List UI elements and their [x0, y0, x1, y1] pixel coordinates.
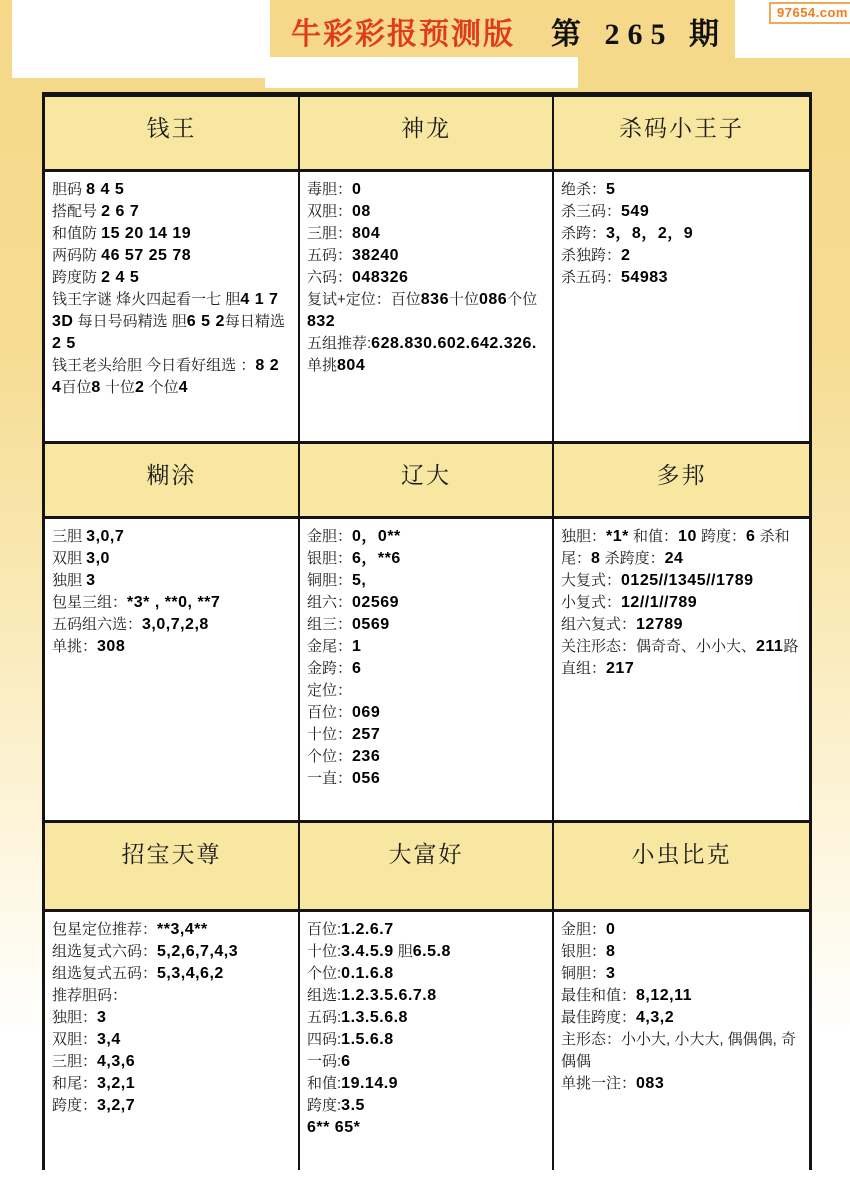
text-line: 大复式：0125//1345//1789 [561, 570, 803, 592]
prediction-label: 百位： [307, 704, 352, 721]
prediction-value: 1.2.3.5.6.7.8 [341, 987, 436, 1004]
text-line: 金尾：1 [307, 636, 546, 658]
prediction-value: 6** 65* [307, 1119, 360, 1136]
prediction-label: 一码: [307, 1053, 341, 1070]
prediction-value: 6 5 2 [187, 313, 225, 330]
prediction-value: 1.5.6.8 [341, 1031, 393, 1048]
text-line: 绝杀：5 [561, 179, 803, 201]
prediction-label: 跨度防 [52, 269, 101, 286]
section-content-duobang: 独胆：*1* 和值：10 跨度：6 杀和尾：8 杀跨度：24大复式：0125//… [554, 516, 809, 820]
prediction-value: 308 [97, 638, 125, 655]
text-line: 和值防 15 20 14 19 [52, 223, 292, 245]
section-content-xiaochongbike: 金胆：0银胆：8铜胆：3最佳和值：8,12,11最佳跨度：4,3,2主形态：小小… [554, 909, 809, 1170]
text-line: 铜胆：3 [561, 963, 803, 985]
prediction-value: 836 [421, 291, 449, 308]
text-line: 金胆：0 [561, 919, 803, 941]
text-line: 复试+定位：百位836十位086个位832 [307, 289, 546, 333]
prediction-value: 2 6 7 [101, 203, 139, 220]
prediction-value: **3,4** [157, 921, 208, 938]
section-content-hutu: 三胆 3,0,7双胆 3,0独胆 3包星三组：*3* , **0, **7五码组… [45, 516, 300, 820]
prediction-value: 1.2.6.7 [341, 921, 393, 938]
prediction-label: 银胆： [561, 943, 606, 960]
prediction-value: *3* , **0, **7 [127, 594, 220, 611]
text-line: 六码：048326 [307, 267, 546, 289]
text-line: 直组：217 [561, 658, 803, 680]
prediction-value: 24 [665, 550, 684, 567]
prediction-label: 两码防 [52, 247, 101, 264]
prediction-label: 个位 [144, 379, 178, 396]
text-line: 主形态：小小大, 小大大, 偶偶偶, 奇偶偶 [561, 1029, 803, 1073]
prediction-label: 一直： [307, 770, 352, 787]
section-header-hutu: 糊涂 [45, 441, 300, 516]
prediction-value: 3.5 [341, 1097, 365, 1114]
prediction-label: 主形态：小小大, 小大大, 偶偶偶, 奇偶偶 [561, 1031, 796, 1070]
prediction-label: 组六： [307, 594, 352, 611]
text-line: 三胆 3,0,7 [52, 526, 292, 548]
section-content-zhaobaotianzun: 包星定位推荐：**3,4**组选复式六码：5,2,6,7,4,3组选复式五码：5… [45, 909, 300, 1170]
text-line: 和值:19.14.9 [307, 1073, 546, 1095]
text-line: 十位：257 [307, 724, 546, 746]
prediction-value: 6 [352, 660, 361, 677]
prediction-label: 百位 [61, 379, 91, 396]
text-line: 杀独跨：2 [561, 245, 803, 267]
prediction-label: 四码: [307, 1031, 341, 1048]
prediction-label: 五码组六选： [52, 616, 142, 633]
text-line: 推荐胆码： [52, 985, 292, 1007]
prediction-label: 包星三组： [52, 594, 127, 611]
section-header-dafuhao: 大富好 [300, 820, 554, 909]
section-header-liaoda: 辽大 [300, 441, 554, 516]
prediction-label: 金胆： [307, 528, 352, 545]
section-header-zhaobaotianzun: 招宝天尊 [45, 820, 300, 909]
prediction-label: 五码： [307, 247, 352, 264]
text-line: 百位:1.2.6.7 [307, 919, 546, 941]
prediction-value: 3.4.5.9 [341, 943, 393, 960]
text-line: 个位:0.1.6.8 [307, 963, 546, 985]
prediction-value: 15 20 14 19 [101, 225, 191, 242]
text-line: 胆码 8 4 5 [52, 179, 292, 201]
section-header-qianwang: 钱王 [45, 97, 300, 169]
prediction-value: 257 [352, 726, 380, 743]
text-line: 包星三组：*3* , **0, **7 [52, 592, 292, 614]
text-line: 独胆：*1* 和值：10 跨度：6 杀和尾：8 杀跨度：24 [561, 526, 803, 570]
prediction-value: 0.1.6.8 [341, 965, 393, 982]
text-line: 杀跨：3，8，2，9 [561, 223, 803, 245]
prediction-value: 8 4 5 [86, 181, 124, 198]
text-line: 跨度：3,2,7 [52, 1095, 292, 1117]
text-line: 组六：02569 [307, 592, 546, 614]
prediction-value: 6，**6 [352, 550, 401, 567]
prediction-label: 杀跨： [561, 225, 606, 242]
text-line: 两码防 46 57 25 78 [52, 245, 292, 267]
prediction-label: 包星定位推荐： [52, 921, 157, 938]
prediction-label: 杀独跨： [561, 247, 621, 264]
text-line: 最佳跨度：4,3,2 [561, 1007, 803, 1029]
prediction-label: 组六复式： [561, 616, 636, 633]
prediction-value: 46 57 25 78 [101, 247, 191, 264]
prediction-value: 3 [97, 1009, 106, 1026]
text-line: 百位：069 [307, 702, 546, 724]
prediction-value: 4,3,6 [97, 1053, 135, 1070]
prediction-label: 单挑一注： [561, 1075, 636, 1092]
prediction-value: 8,12,11 [636, 987, 692, 1004]
text-line: 杀五码：54983 [561, 267, 803, 289]
prediction-value: 1.3.5.6.8 [341, 1009, 408, 1026]
prediction-value: 0569 [352, 616, 390, 633]
prediction-value: 048326 [352, 269, 408, 286]
text-line: 毒胆：0 [307, 179, 546, 201]
prediction-label: 三胆： [52, 1053, 97, 1070]
prediction-label: 关注形态：偶奇奇、小小大、 [561, 638, 756, 655]
text-line: 组六复式：12789 [561, 614, 803, 636]
prediction-value: 6 [746, 528, 755, 545]
text-line: 3D 每日号码精选 胆6 5 2每日精选 2 5 [52, 311, 292, 355]
prediction-label: 独胆： [52, 1009, 97, 1026]
prediction-label: 和尾： [52, 1075, 97, 1092]
text-line: 双胆：08 [307, 201, 546, 223]
prediction-value: 02569 [352, 594, 399, 611]
prediction-label: 毒胆： [307, 181, 352, 198]
text-line: 三胆：804 [307, 223, 546, 245]
text-line: 钱王字谜 烽火四起看一七 胆4 1 7 [52, 289, 292, 311]
text-line: 个位：236 [307, 746, 546, 768]
prediction-label: 最佳和值： [561, 987, 636, 1004]
prediction-value: 3,0,7,2,8 [142, 616, 209, 633]
text-line: 独胆 3 [52, 570, 292, 592]
section-content-qianwang: 胆码 8 4 5搭配号 2 6 7和值防 15 20 14 19两码防 46 5… [45, 169, 300, 441]
prediction-label: 和值: [307, 1075, 341, 1092]
prediction-label: 组选复式六码： [52, 943, 157, 960]
prediction-label: 三胆： [307, 225, 352, 242]
prediction-label: 单挑 [307, 357, 337, 374]
prediction-label: 绝杀： [561, 181, 606, 198]
prediction-label: 十位： [307, 726, 352, 743]
text-line: 最佳和值：8,12,11 [561, 985, 803, 1007]
prediction-value: 069 [352, 704, 380, 721]
prediction-value: 5 [606, 181, 615, 198]
prediction-value: 0125//1345//1789 [621, 572, 754, 589]
text-line: 钱王老头给胆 今日看好组选 ：8 2 4百位8 十位2 个位4 [52, 355, 292, 399]
prediction-value: 3 [86, 572, 95, 589]
prediction-label: 双胆： [307, 203, 352, 220]
prediction-label: 组选复式五码： [52, 965, 157, 982]
text-line: 跨度防 2 4 5 [52, 267, 292, 289]
prediction-value: 056 [352, 770, 380, 787]
prediction-label: 杀三码： [561, 203, 621, 220]
blank-box-top-left [12, 0, 270, 78]
prediction-label: 组三： [307, 616, 352, 633]
prediction-label: 个位： [307, 748, 352, 765]
prediction-value: 8 [591, 550, 600, 567]
text-line: 金胆：0，0** [307, 526, 546, 548]
prediction-label: 五组推荐: [307, 335, 371, 352]
prediction-value: 0 [606, 921, 615, 938]
prediction-value: 628.830.602.642.326. [371, 335, 537, 352]
prediction-label: 直组： [561, 660, 606, 677]
prediction-label: 和值： [629, 528, 678, 545]
prediction-value: 086 [479, 291, 507, 308]
prediction-value: 12789 [636, 616, 683, 633]
prediction-label: 胆码 [52, 181, 86, 198]
section-header-xiaochongbike: 小虫比克 [554, 820, 809, 909]
prediction-label: 六码： [307, 269, 352, 286]
prediction-value: 6 [341, 1053, 350, 1070]
prediction-label: 胆 [394, 943, 413, 960]
text-line: 单挑一注：083 [561, 1073, 803, 1095]
prediction-value: 8 [606, 943, 615, 960]
prediction-label: 小复式： [561, 594, 621, 611]
prediction-label: 金胆： [561, 921, 606, 938]
prediction-label: 银胆： [307, 550, 352, 567]
section-content-shenlong: 毒胆：0双胆：08三胆：804五码：38240六码：048326复试+定位：百位… [300, 169, 554, 441]
prediction-value: 804 [352, 225, 380, 242]
prediction-value: 3 [606, 965, 615, 982]
section-header-duobang: 多邦 [554, 441, 809, 516]
prediction-value: 3,2,1 [97, 1075, 135, 1092]
prediction-label: 双胆 [52, 550, 86, 567]
prediction-label: 个位 [507, 291, 537, 308]
prediction-label: 跨度： [52, 1097, 97, 1114]
prediction-value: 54983 [621, 269, 668, 286]
text-line: 银胆：8 [561, 941, 803, 963]
text-line: 双胆：3,4 [52, 1029, 292, 1051]
prediction-label: 推荐胆码： [52, 987, 127, 1004]
prediction-label: 搭配号 [52, 203, 101, 220]
prediction-value: 217 [606, 660, 634, 677]
prediction-value: 2 [135, 379, 144, 396]
prediction-label: 金跨： [307, 660, 352, 677]
text-line: 三胆：4,3,6 [52, 1051, 292, 1073]
prediction-value: *1* [606, 528, 629, 545]
section-header-shenlong: 神龙 [300, 97, 554, 169]
section-content-dafuhao: 百位:1.2.6.7十位:3.4.5.9 胆6.5.8个位:0.1.6.8组选:… [300, 909, 554, 1170]
prediction-value: 3D [52, 313, 73, 330]
prediction-value: 832 [307, 313, 335, 330]
prediction-value: 2 5 [52, 335, 76, 352]
prediction-label: 杀五码： [561, 269, 621, 286]
issue-number: 第 265 期 [551, 18, 727, 51]
prediction-value: 3,0 [86, 550, 110, 567]
prediction-value: 08 [352, 203, 371, 220]
page-title-text: 牛彩彩报预测版 [291, 18, 515, 51]
prediction-value: 5,2,6,7,4,3 [157, 943, 238, 960]
prediction-value: 3,0,7 [86, 528, 124, 545]
prediction-label: 五码: [307, 1009, 341, 1026]
text-line: 银胆：6，**6 [307, 548, 546, 570]
text-line: 组选复式五码：5,3,4,6,2 [52, 963, 292, 985]
text-line: 金跨：6 [307, 658, 546, 680]
prediction-value: 549 [621, 203, 649, 220]
text-line: 组选:1.2.3.5.6.7.8 [307, 985, 546, 1007]
text-line: 组选复式六码：5,2,6,7,4,3 [52, 941, 292, 963]
prediction-label: 最佳跨度： [561, 1009, 636, 1026]
prediction-label: 铜胆： [307, 572, 352, 589]
text-line: 跨度:3.5 [307, 1095, 546, 1117]
prediction-value: 4,3,2 [636, 1009, 674, 1026]
prediction-label: 钱王字谜 烽火四起看一七 胆 [52, 291, 240, 308]
text-line: 独胆：3 [52, 1007, 292, 1029]
text-line: 6** 65* [307, 1117, 546, 1139]
prediction-label: 钱王老头给胆 今日看好组选 ： [52, 357, 255, 374]
text-line: 和尾：3,2,1 [52, 1073, 292, 1095]
text-line: 杀三码：549 [561, 201, 803, 223]
prediction-label: 三胆 [52, 528, 86, 545]
prediction-value: 0 [352, 181, 361, 198]
prediction-label: 双胆： [52, 1031, 97, 1048]
prediction-value: 8 [91, 379, 100, 396]
prediction-value: 19.14.9 [341, 1075, 398, 1092]
text-line: 单挑：308 [52, 636, 292, 658]
text-line: 五码：38240 [307, 245, 546, 267]
prediction-table: 钱王 神龙 杀码小王子 胆码 8 4 5搭配号 2 6 7和值防 15 20 1… [42, 92, 812, 1170]
text-line: 关注形态：偶奇奇、小小大、211路 [561, 636, 803, 658]
prediction-value: 2 4 5 [101, 269, 139, 286]
prediction-value: 10 [678, 528, 697, 545]
text-line: 一码:6 [307, 1051, 546, 1073]
prediction-label: 定位： [307, 682, 352, 699]
prediction-value: 4 1 7 [240, 291, 278, 308]
text-line: 组三：0569 [307, 614, 546, 636]
prediction-label: 和值防 [52, 225, 101, 242]
text-line: 十位:3.4.5.9 胆6.5.8 [307, 941, 546, 963]
prediction-label: 大复式： [561, 572, 621, 589]
prediction-label: 十位: [307, 943, 341, 960]
prediction-label: 独胆 [52, 572, 86, 589]
prediction-label: 十位 [449, 291, 479, 308]
prediction-value: 5,3,4,6,2 [157, 965, 224, 982]
prediction-label: 每日号码精选 胆 [73, 313, 186, 330]
prediction-value: 211 [756, 638, 783, 655]
prediction-value: 0，0** [352, 528, 401, 545]
prediction-label: 百位: [307, 921, 341, 938]
prediction-label: 每日精选 [225, 313, 285, 330]
prediction-label: 十位 [101, 379, 135, 396]
prediction-value: 804 [337, 357, 365, 374]
prediction-label: 独胆： [561, 528, 606, 545]
blank-box-under-title [265, 57, 578, 88]
text-line: 五组推荐:628.830.602.642.326. [307, 333, 546, 355]
prediction-value: 5, [352, 572, 366, 589]
watermark-badge: 97654.com [769, 2, 850, 24]
prediction-label: 铜胆： [561, 965, 606, 982]
text-line: 双胆 3,0 [52, 548, 292, 570]
prediction-value: 4 [179, 379, 188, 396]
prediction-value: 12//1//789 [621, 594, 697, 611]
text-line: 小复式：12//1//789 [561, 592, 803, 614]
text-line: 五码:1.3.5.6.8 [307, 1007, 546, 1029]
prediction-value: 083 [636, 1075, 664, 1092]
prediction-value: 2 [621, 247, 630, 264]
page-title: 牛彩彩报预测版第 265 期 [291, 19, 727, 51]
prediction-value: 3，8，2，9 [606, 225, 693, 242]
text-line: 包星定位推荐：**3,4** [52, 919, 292, 941]
text-line: 单挑804 [307, 355, 546, 377]
section-content-shamaxiaowangzi: 绝杀：5杀三码：549杀跨：3，8，2，9杀独跨：2杀五码：54983 [554, 169, 809, 441]
prediction-value: 3,4 [97, 1031, 121, 1048]
prediction-value: 38240 [352, 247, 399, 264]
prediction-label: 金尾： [307, 638, 352, 655]
prediction-value: 6.5.8 [413, 943, 451, 960]
text-line: 四码:1.5.6.8 [307, 1029, 546, 1051]
text-line: 五码组六选：3,0,7,2,8 [52, 614, 292, 636]
text-line: 铜胆：5, [307, 570, 546, 592]
text-line: 一直：056 [307, 768, 546, 790]
prediction-value: 236 [352, 748, 380, 765]
prediction-label: 单挑： [52, 638, 97, 655]
prediction-label: 跨度： [697, 528, 746, 545]
prediction-label: 组选: [307, 987, 341, 1004]
prediction-value: 1 [352, 638, 361, 655]
text-line: 定位： [307, 680, 546, 702]
section-header-shamaxiaowangzi: 杀码小王子 [554, 97, 809, 169]
prediction-label: 个位: [307, 965, 341, 982]
prediction-label: 杀跨度： [600, 550, 664, 567]
text-line: 搭配号 2 6 7 [52, 201, 292, 223]
prediction-label: 路 [783, 638, 798, 655]
prediction-label: 跨度: [307, 1097, 341, 1114]
prediction-value: 3,2,7 [97, 1097, 135, 1114]
section-content-liaoda: 金胆：0，0**银胆：6，**6铜胆：5,组六：02569组三：0569金尾：1… [300, 516, 554, 820]
prediction-label: 复试+定位：百位 [307, 291, 421, 308]
